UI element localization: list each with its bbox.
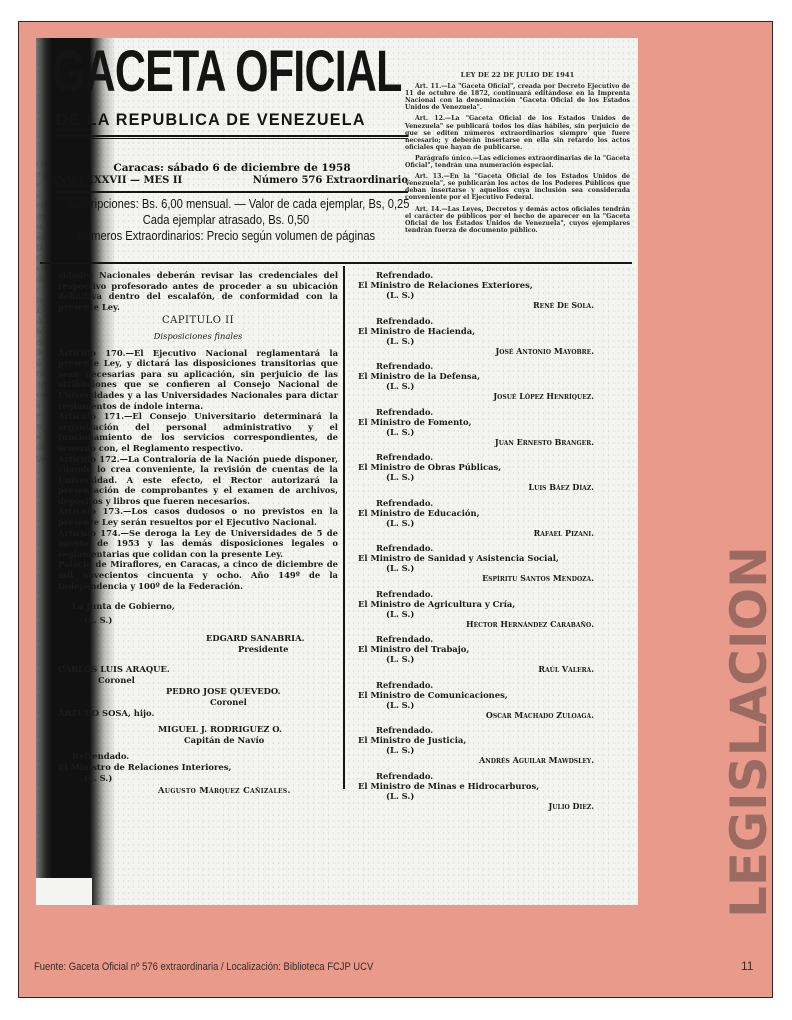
law-excerpt-box: LEY DE 22 DE JULIO DE 1941 Art. 11.—La "… [405,72,630,238]
countersign-minister: Andrés Aguilar Mawdsley. [479,755,594,765]
masthead-rule [56,191,408,193]
countersign-minister: Josué López Henríquez. [493,391,594,401]
law-article: Art. 12.—La "Gaceta Oficial de los Estad… [405,115,630,150]
signatory-name: PEDRO JOSE QUEVEDO. [166,686,281,697]
seal-label: (L. S.) [386,472,414,482]
countersign-minister: Julio Diez. [548,801,594,811]
stub-fragment: d [36,316,60,327]
stub-fragment: de [36,442,60,453]
stub-fragment: ecia [36,200,60,211]
countersign-minister: Rafael Pizani. [534,528,594,538]
stub-fragment: chs [36,263,60,274]
countersign-block: Refrendado.El Ministro de Fomento,(L. S.… [358,407,598,453]
dateline: Caracas: sábado 6 de diciembre de 1958 [56,162,408,174]
countersign-label: Refrendado. [72,751,129,762]
countersign-block: Refrendado.El Ministro de Comunicaciones… [358,680,598,726]
stub-fragment: de [36,337,60,348]
seal-label: (L. S.) [84,773,112,784]
seal-label: (L. S.) [84,615,112,626]
signatory-name: ARTURO SOSA, hijo. [58,708,154,719]
issue-label: Número 576 Extraordinario [253,175,408,186]
stub-fragment: ga [36,452,60,463]
stub-fragment: d [36,431,60,442]
countersign-ministry: El Ministro de Fomento, [358,417,472,427]
countersign-label: Refrendado. [376,634,433,644]
countersign-block: Refrendado.El Ministro de Hacienda,(L. S… [358,316,598,362]
extraordinary-price: Números Extraordinarios: Precio según vo… [66,228,386,243]
article-paragraph: Artículo 171.—El Consejo Universitario d… [58,411,338,453]
stub-fragment: s [36,400,60,411]
article-paragraph: Palacio de Miraflores, en Caracas, a cin… [58,559,338,591]
stub-fragment: us [36,211,60,222]
seal-label: (L. S.) [386,609,414,619]
signatory-name: EDGARD SANABRIA. [206,633,305,644]
right-column: Refrendado.El Ministro de Relaciones Ext… [358,270,598,816]
countersign-label: Refrendado. [376,725,433,735]
stub-fragment: ra [36,368,60,379]
law-article: Parágrafo único.—Las ediciones extraordi… [405,155,630,169]
stub-fragment: e [36,284,60,295]
signatory-title: Coronel [98,675,135,686]
stub-fragment: E [36,305,60,316]
footer-source-note: Fuente: Gaceta Oficial nº 576 extraordin… [34,961,373,973]
year-label: AÑO LXXXVII — MES II [50,175,182,186]
countersign-ministry: El Ministro de Comunicaciones, [358,690,508,700]
countersign-minister: Oscar Machado Zuloaga. [486,710,594,720]
seal-label: (L. S.) [386,791,414,801]
seal-label: (L. S.) [386,427,414,437]
article-list: Artículo 170.—El Ejecutivo Nacional regl… [58,348,338,592]
countersign-minister: Raúl Valera. [538,664,594,674]
stub-fragment: ic [36,326,60,337]
countersign-block: Refrendado.El Ministro de Justicia,(L. S… [358,725,598,771]
seal-label: (L. S.) [386,290,414,300]
column-divider [343,266,345,789]
countersign-block: Refrendado.El Ministro de Sanidad y Asis… [358,543,598,589]
stub-fragment: ó [36,358,60,369]
countersign-block: Refrendado.El Ministro de Educación,(L. … [358,498,598,544]
section-side-title: LEGISLACION [724,546,774,918]
countersign-label: Refrendado. [376,589,433,599]
stub-fragment: u [36,221,60,232]
countersign-block: Refrendado.El Ministro de la Defensa,(L.… [358,361,598,407]
countersign-label: Refrendado. [376,498,433,508]
countersign-ministry: El Ministro de Relaciones Interiores, [58,762,231,773]
countersign-ministry: El Ministro de Justicia, [358,735,466,745]
countersign-label: Refrendado. [376,316,433,326]
countersign-block: Refrendado.El Ministro de Obras Públicas… [358,452,598,498]
countersign-minister: Espíritu Santos Mendoza. [482,573,594,583]
law-article: Art. 14.—Las Leyes, Decretos y demás act… [405,206,630,234]
stub-fragment: ti [36,242,60,253]
gazette-subtitle: DE LA REPUBLICA DE VENEZUELA [56,110,366,130]
countersign-ministry: El Ministro de Educación, [358,508,480,518]
countersign-ministry: El Ministro de la Defensa, [358,371,480,381]
seal-label: (L. S.) [386,745,414,755]
countersign-minister: Luis Báez Díaz. [528,482,594,492]
masthead-rule [56,135,408,137]
stub-fragment: dos [36,274,60,285]
signatory-title: Coronel [210,697,247,708]
countersign-label: Refrendado. [376,452,433,462]
countersign-ministry: El Ministro de Sanidad y Asistencia Soci… [358,553,559,563]
adjacent-page-stub: co...s p.reeciausuestiC.chsdoseiaEdicde5… [36,158,60,463]
signatory-title: Capitán de Navío [184,735,264,746]
stub-fragment: ia [36,295,60,306]
seal-label: (L. S.) [386,518,414,528]
law-title: LEY DE 22 DE JULIO DE 1941 [405,72,630,79]
junta-label: La Junta de Gobierno, [72,601,175,612]
countersign-label: Refrendado. [376,543,433,553]
signatory-title: Presidente [238,644,288,655]
countersign-ministry: El Ministro de Agricultura y Cría, [358,599,515,609]
body-top-rule [40,262,632,264]
intro-paragraph: sidades Nacionales deberán revisar las c… [58,270,338,312]
stub-fragment: ad [36,379,60,390]
seal-label: (L. S.) [386,700,414,710]
stub-fragment: cac [36,389,60,400]
left-column: sidades Nacionales deberán revisar las c… [58,270,338,796]
countersign-label: Refrendado. [376,361,433,371]
law-article: Art. 13.—En la "Gaceta Oficial de los Es… [405,173,630,201]
chapter-subtitle: Disposiciones finales [58,331,338,342]
stub-fragment: n [36,421,60,432]
article-paragraph: Artículo 173.—Los casos dudosos o no pre… [58,506,338,527]
masthead-rule [56,138,408,139]
countersign-ministry: El Ministro de Relaciones Exteriores, [358,280,533,290]
countersign-minister: Augusto Márquez Cañizales. [158,785,291,796]
chapter-heading: CAPITULO II [58,316,338,327]
countersign-block: Refrendado.El Ministro de Minas e Hidroc… [358,771,598,817]
issue-row: AÑO LXXXVII — MES II Número 576 Extraord… [44,175,408,186]
countersign-label: Refrendado. [376,270,433,280]
seal-label: (L. S.) [386,654,414,664]
article-paragraph: Artículo 174.—Se deroga la Ley de Univer… [58,528,338,560]
gazette-title: GACETA OFICIAL [52,42,304,102]
countersign-ministry: El Ministro de Hacienda, [358,326,475,336]
seal-label: (L. S.) [386,336,414,346]
countersign-minister: Héctor Hernández Carabaño. [466,619,594,629]
countersign-minister: René De Sola. [533,300,594,310]
article-paragraph: Artículo 170.—El Ejecutivo Nacional regl… [58,348,338,412]
seal-label: (L. S.) [386,381,414,391]
article-paragraph: Artículo 172.—La Contraloría de la Nació… [58,454,338,507]
countersign-minister: Juan Ernesto Branger. [495,437,594,447]
countersign-label: Refrendado. [376,407,433,417]
countersign-ministry: El Ministro del Trabajo, [358,644,469,654]
stub-fragment: es [36,232,60,243]
signatory-name: CARLOS LUIS ARAQUE. [58,664,170,675]
signatory-name: MIGUEL J. RODRIGUEZ O. [158,724,282,735]
stub-fragment: e [36,410,60,421]
countersign-block: Refrendado.El Ministro de Agricultura y … [358,589,598,635]
countersign-ministry: El Ministro de Minas e Hidrocarburos, [358,781,539,791]
countersign-ministry: El Ministro de Obras Públicas, [358,462,501,472]
countersign-minister: José Antonio Mayobre. [495,346,594,356]
page-number: 11 [741,959,753,973]
back-issue-price: Cada ejemplar atrasado, Bs. 0,50 [66,212,386,227]
countersign-label: Refrendado. [376,771,433,781]
countersign-label: Refrendado. [376,680,433,690]
seal-label: (L. S.) [386,563,414,573]
gutter-edge [36,878,92,905]
subscription-price: Suscripciones: Bs. 6,00 mensual. — Valor… [66,196,386,211]
stub-fragment: 5 [36,347,60,358]
countersign-block: Refrendado.El Ministro de Relaciones Ext… [358,270,598,316]
countersign-block: Refrendado.El Ministro del Trabajo,(L. S… [358,634,598,680]
law-article: Art. 11.—La "Gaceta Oficial", creada por… [405,83,630,111]
